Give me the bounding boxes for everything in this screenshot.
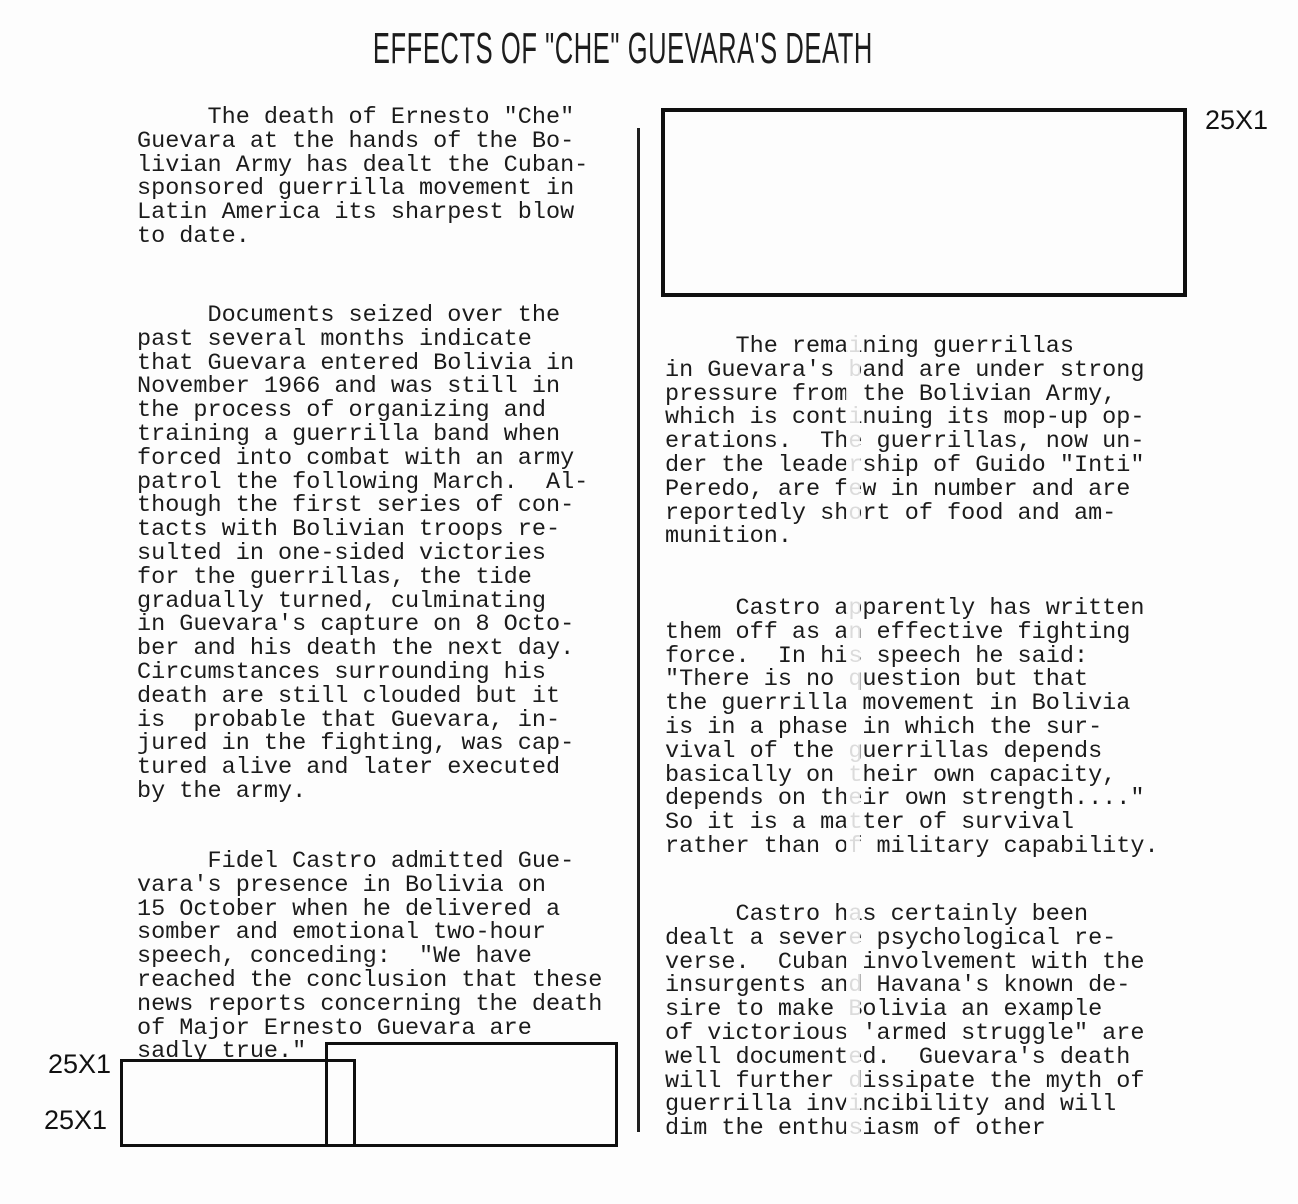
paragraph-right-3: Castro has certainly been dealt a severe…: [665, 903, 1144, 1141]
paragraph-right-2: Castro apparently has written them off a…: [665, 597, 1159, 859]
declassification-code-bottom-1: 25X1: [48, 1051, 111, 1078]
column-divider-line: [637, 128, 640, 1132]
scan-crease-artifact: [846, 328, 860, 1148]
redaction-box-top-right: [661, 108, 1187, 297]
paragraph-left-1: The death of Ernesto "Che" Guevara at th…: [137, 106, 588, 249]
redaction-box-bottom-right: [325, 1042, 618, 1147]
declassification-code-top-right: 25X1: [1205, 107, 1268, 134]
document-title: EFFECTS OF "CHE" GUEVARA'S DEATH: [246, 26, 999, 72]
paragraph-left-3: Fidel Castro admitted Gue- vara's presen…: [137, 850, 602, 1064]
paragraph-left-2: Documents seized over the past several m…: [137, 304, 588, 804]
redaction-box-bottom-left: [120, 1059, 356, 1147]
document-page: EFFECTS OF "CHE" GUEVARA'S DEATH The dea…: [0, 0, 1298, 1204]
declassification-code-bottom-2: 25X1: [44, 1107, 107, 1134]
paragraph-right-1: The remaining guerrillas in Guevara's ba…: [665, 335, 1144, 549]
